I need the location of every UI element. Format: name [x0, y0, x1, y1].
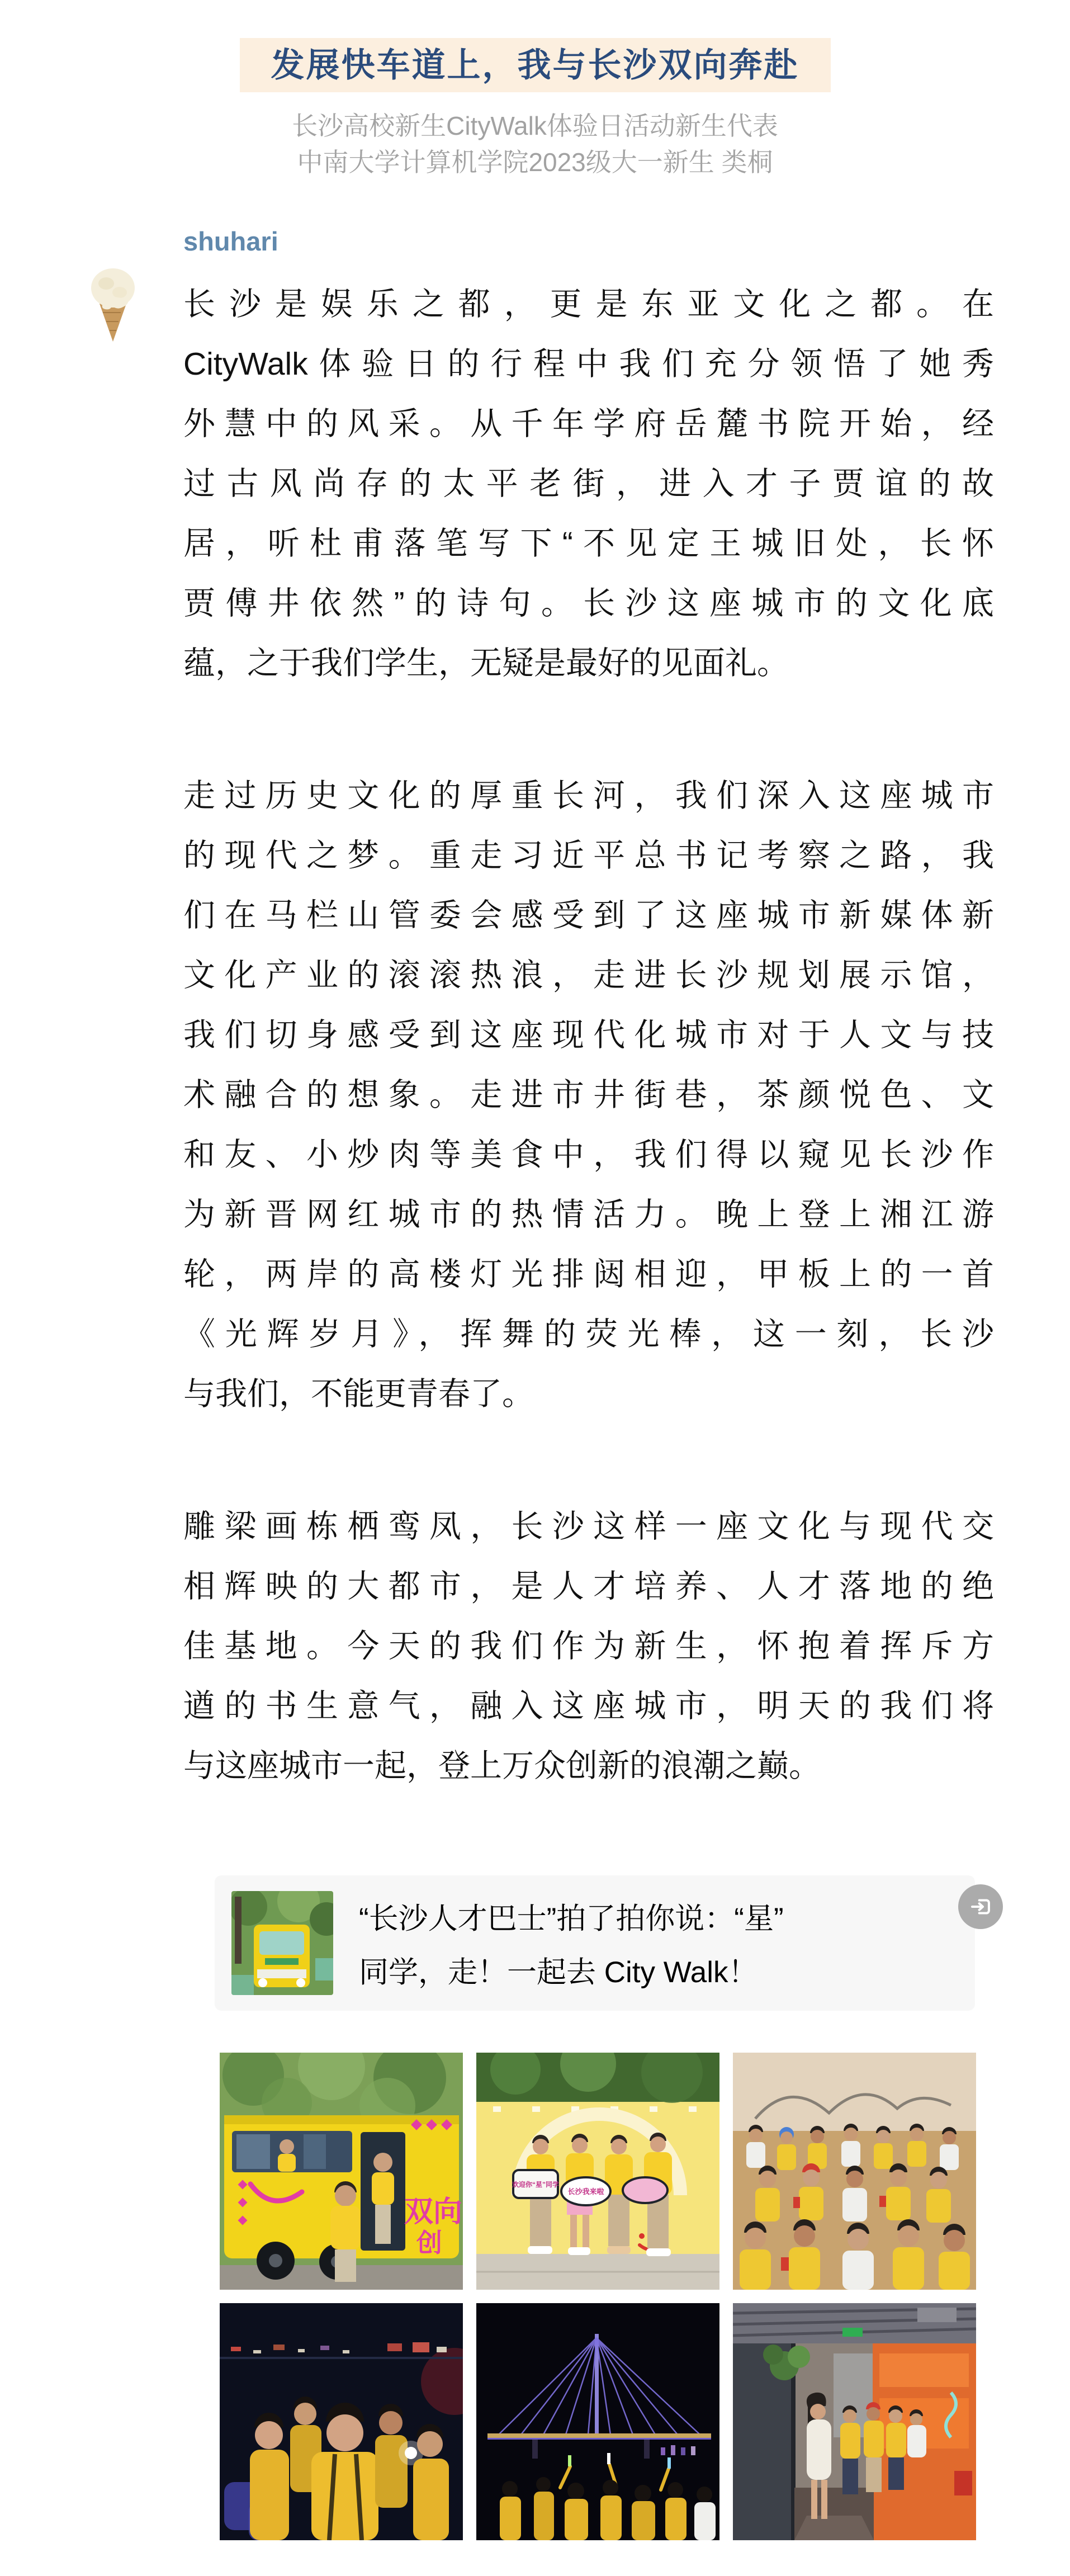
text-line: 术融合的想象。走进市井街巷，茶颜悦色、文: [183, 1065, 994, 1125]
text-line: 和友、小炒肉等美食中，我们得以窥见长沙作: [183, 1125, 994, 1185]
text-line: 为新晋网红城市的热情活力。晚上登上湘江游: [183, 1185, 994, 1245]
paragraph: 雕梁画栋栖鸾凤，长沙这样一座文化与现代交相辉映的大都市，是人才培养、人才落地的绝…: [183, 1497, 994, 1796]
card-text-line-1: “长沙人才巴士”拍了拍你说：“星”: [359, 1892, 784, 1946]
text-line: 文化产业的滚滚热浪，走进长沙规划展示馆，: [183, 946, 994, 1005]
text-line: 雕梁画栋栖鸾凤，长沙这样一座文化与现代交: [183, 1497, 994, 1557]
text-line: 过古风尚存的太平老街，进入才子贾谊的故: [183, 454, 994, 514]
card-text[interactable]: “长沙人才巴士”拍了拍你说：“星” 同学，走！一起去 City Walk！: [359, 1892, 784, 2000]
photo-grid: 双向 创: [220, 2053, 976, 2540]
ice-cream-cone-icon: [88, 259, 138, 343]
text-line: 佳基地。今天的我们作为新生，怀抱着挥斥方: [183, 1617, 994, 1676]
paragraph: 长沙是娱乐之都，更是东亚文化之都。在CityWalk体验日的行程中我们充分领悟了…: [183, 275, 994, 693]
comment-author-name: shuhari: [183, 228, 994, 256]
photo-welcome-stage[interactable]: 欢迎你“星”同学 长沙我来啦: [476, 2053, 719, 2290]
text-line: 外慧中的风采。从千年学府岳麓书院开始，经: [183, 394, 994, 454]
text-line: 我们切身感受到这座现代化城市对于人文与技: [183, 1005, 994, 1065]
subtitle-line-1: 长沙高校新生CityWalk体验日活动新生代表: [0, 108, 1070, 144]
photo-night-cruise[interactable]: [220, 2303, 463, 2540]
text-line: 轮，两岸的高楼灯光排闼相迎，甲板上的一首: [183, 1245, 994, 1304]
paragraph: 走过历史文化的厚重长河，我们深入这座城市的现代之梦。重走习近平总书记考察之路，我…: [183, 766, 994, 1424]
jump-to-article-icon[interactable]: [958, 1884, 1003, 1929]
avatar: [88, 259, 138, 348]
text-line: CityWalk体验日的行程中我们充分领悟了她秀: [183, 334, 994, 394]
comment-block: shuhari 长沙是娱乐之都，更是东亚文化之都。在CityWalk体验日的行程…: [0, 228, 1070, 2540]
text-line: 蕴，之于我们学生，无疑是最好的见面礼。: [183, 634, 994, 693]
text-line: 与这座城市一起，登上万众创新的浪潮之巅。: [183, 1736, 994, 1796]
text-line: 遒的书生意气，融入这座城市，明天的我们将: [183, 1676, 994, 1736]
article-paragraphs: 长沙是娱乐之都，更是东亚文化之都。在CityWalk体验日的行程中我们充分领悟了…: [183, 275, 994, 1796]
photo-bus-boarding[interactable]: 双向 创: [220, 2053, 463, 2290]
yellow-bus-icon: [231, 1891, 333, 1995]
text-line: 《光辉岁月》，挥舞的荧光棒，这一刻，长沙: [183, 1304, 994, 1364]
comment-main: shuhari 长沙是娱乐之都，更是东亚文化之都。在CityWalk体验日的行程…: [183, 228, 994, 2540]
text-line: 贾傅井依然”的诗句。长沙这座城市的文化底: [183, 574, 994, 634]
photo-sign-text: 长沙我来啦: [567, 2187, 604, 2196]
text-line: 相辉映的大都市，是人才培养、人才落地的绝: [183, 1557, 994, 1617]
text-line: 们在马栏山管委会感受到了这座城市新媒体新: [183, 886, 994, 946]
text-line: 与我们，不能更青春了。: [183, 1364, 994, 1424]
article-page: 发展快车道上，我与长沙双向奔赴 长沙高校新生CityWalk体验日活动新生代表 …: [0, 38, 1070, 2540]
photo-teashop-visit[interactable]: [733, 2303, 976, 2540]
subtitle-line-2: 中南大学计算机学院2023级大一新生 类桐: [0, 144, 1070, 181]
card-thumbnail[interactable]: [231, 1891, 333, 1995]
page-subtitle: 长沙高校新生CityWalk体验日活动新生代表 中南大学计算机学院2023级大一…: [0, 108, 1070, 181]
photo-sign-text: 欢迎你“星”同学: [512, 2180, 559, 2189]
photo-overlay-text: 创: [416, 2228, 442, 2257]
page-title: 发展快车道上，我与长沙双向奔赴: [240, 38, 831, 92]
text-line: 的现代之梦。重走习近平总书记考察之路，我: [183, 826, 994, 886]
photo-overlay-text: 双向: [404, 2196, 462, 2228]
linked-article-card[interactable]: “长沙人才巴士”拍了拍你说：“星” 同学，走！一起去 City Walk！: [215, 1875, 975, 2011]
card-text-line-2: 同学，走！一起去 City Walk！: [359, 1946, 784, 2000]
text-line: 走过历史文化的厚重长河，我们深入这座城市: [183, 766, 994, 826]
text-line: 居，听杜甫落笔写下“不见定王城旧处，长怀: [183, 514, 994, 574]
photo-crowd-indoor[interactable]: [733, 2053, 976, 2290]
photo-bridge-night[interactable]: [476, 2303, 719, 2540]
text-line: 长沙是娱乐之都，更是东亚文化之都。在: [183, 275, 994, 334]
